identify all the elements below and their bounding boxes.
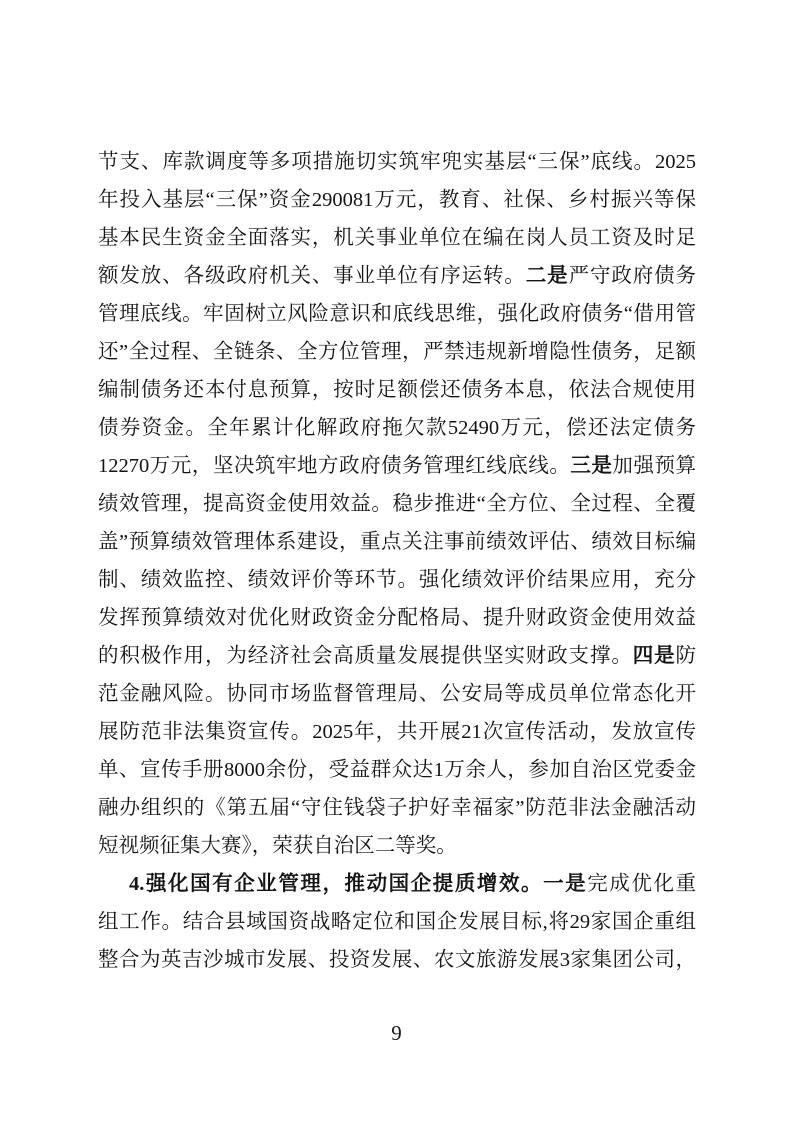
text-run: 加强预算 bbox=[612, 455, 696, 477]
text-line: 展防范非法集资宣传。2025年，共开展21次宣传活动，发放宣传 bbox=[98, 713, 696, 751]
text-run: 债券资金。全年累计化解政府拖欠款52490万元，偿还法定债务 bbox=[98, 417, 696, 439]
text-line: 基本民生资金全面落实，机关事业单位在编在岗人员工资及时足 bbox=[98, 219, 696, 257]
text-line: 的积极作用，为经济社会高质量发展提供坚实财政支撑。四是防 bbox=[98, 637, 696, 675]
text-line: 单、宣传手册8000余份，受益群众达1万余人，参加自治区党委金 bbox=[98, 751, 696, 789]
text-run: 12270万元，坚决筑牢地方政府债务管理红线底线。 bbox=[98, 455, 570, 477]
text-line: 12270万元，坚决筑牢地方政府债务管理红线底线。三是加强预算 bbox=[98, 447, 696, 485]
text-line: 短视频征集大赛》，荣获自治区二等奖。 bbox=[98, 827, 696, 865]
text-run: 节支、库款调度等多项措施切实筑牢兜实基层“三保”底线。2025 bbox=[98, 151, 696, 173]
text-run: 整合为英吉沙城市发展、投资发展、农文旅游发展3家集团公司， bbox=[98, 949, 696, 971]
text-run: 范金融风险。协同市场监督管理局、公安局等成员单位常态化开 bbox=[98, 683, 696, 705]
text-run: 发挥预算绩效对优化财政资金分配格局、提升财政资金使用效益 bbox=[98, 607, 696, 629]
text-run: 单、宣传手册8000余份，受益群众达1万余人，参加自治区党委金 bbox=[98, 759, 696, 781]
text-run: 完成优化重 bbox=[587, 873, 696, 895]
text-run: 防 bbox=[676, 645, 696, 667]
text-line: 管理底线。牢固树立风险意识和底线思维，强化政府债务“借用管 bbox=[98, 295, 696, 333]
text-line: 还”全过程、全链条、全方位管理，严禁违规新增隐性债务，足额 bbox=[98, 333, 696, 371]
text-line: 制、绩效监控、绩效评价等环节。强化绩效评价结果应用，充分 bbox=[98, 561, 696, 599]
text-run: 基本民生资金全面落实，机关事业单位在编在岗人员工资及时足 bbox=[98, 227, 696, 249]
text-run: 绩效管理，提高资金使用效益。稳步推进“全方位、全过程、全覆 bbox=[98, 493, 696, 515]
text-line: 编制债务还本付息预算，按时足额偿还债务本息，依法合规使用 bbox=[98, 371, 696, 409]
bold-text-run: 4.强化国有企业管理，推动国企提质增效。一是 bbox=[129, 873, 587, 895]
text-line: 绩效管理，提高资金使用效益。稳步推进“全方位、全过程、全覆 bbox=[98, 485, 696, 523]
page-number: 9 bbox=[0, 1014, 793, 1052]
text-run: 严守政府债务 bbox=[569, 265, 696, 287]
text-run: 制、绩效监控、绩效评价等环节。强化绩效评价结果应用，充分 bbox=[98, 569, 696, 591]
text-run: 还”全过程、全链条、全方位管理，严禁违规新增隐性债务，足额 bbox=[98, 341, 696, 363]
bold-text-run: 二是 bbox=[526, 265, 569, 287]
text-line: 额发放、各级政府机关、事业单位有序运转。二是严守政府债务 bbox=[98, 257, 696, 295]
text-line: 整合为英吉沙城市发展、投资发展、农文旅游发展3家集团公司， bbox=[98, 941, 696, 979]
text-run: 编制债务还本付息预算，按时足额偿还债务本息，依法合规使用 bbox=[98, 379, 696, 401]
text-run: 盖”预算绩效管理体系建设，重点关注事前绩效评估、绩效目标编 bbox=[98, 531, 696, 553]
text-line: 年投入基层“三保”资金290081万元，教育、社保、乡村振兴等保 bbox=[98, 181, 696, 219]
text-run: 短视频征集大赛》，荣获自治区二等奖。 bbox=[98, 835, 457, 857]
document-page: 节支、库款调度等多项措施切实筑牢兜实基层“三保”底线。2025年投入基层“三保”… bbox=[0, 0, 793, 1122]
text-run: 年投入基层“三保”资金290081万元，教育、社保、乡村振兴等保 bbox=[98, 189, 696, 211]
text-run: 的积极作用，为经济社会高质量发展提供坚实财政支撑。 bbox=[98, 645, 633, 667]
text-line: 发挥预算绩效对优化财政资金分配格局、提升财政资金使用效益 bbox=[98, 599, 696, 637]
text-line: 节支、库款调度等多项措施切实筑牢兜实基层“三保”底线。2025 bbox=[98, 143, 696, 181]
text-line: 范金融风险。协同市场监督管理局、公安局等成员单位常态化开 bbox=[98, 675, 696, 713]
text-line: 融办组织的《第五届“守住钱袋子护好幸福家”防范非法金融活动 bbox=[98, 789, 696, 827]
text-run: 展防范非法集资宣传。2025年，共开展21次宣传活动，发放宣传 bbox=[98, 721, 696, 743]
text-run: 组工作。结合县域国资战略定位和国企发展目标,将29家国企重组 bbox=[98, 911, 696, 933]
text-line: 4.强化国有企业管理，推动国企提质增效。一是完成优化重 bbox=[98, 865, 696, 903]
bold-text-run: 三是 bbox=[570, 455, 612, 477]
text-line: 债券资金。全年累计化解政府拖欠款52490万元，偿还法定债务 bbox=[98, 409, 696, 447]
bold-text-run: 四是 bbox=[633, 645, 676, 667]
text-run: 融办组织的《第五届“守住钱袋子护好幸福家”防范非法金融活动 bbox=[98, 797, 696, 819]
text-line: 盖”预算绩效管理体系建设，重点关注事前绩效评估、绩效目标编 bbox=[98, 523, 696, 561]
text-run: 额发放、各级政府机关、事业单位有序运转。 bbox=[98, 265, 526, 287]
text-line: 组工作。结合县域国资战略定位和国企发展目标,将29家国企重组 bbox=[98, 903, 696, 941]
text-run: 管理底线。牢固树立风险意识和底线思维，强化政府债务“借用管 bbox=[98, 303, 696, 325]
document-body-text: 节支、库款调度等多项措施切实筑牢兜实基层“三保”底线。2025年投入基层“三保”… bbox=[98, 143, 696, 979]
